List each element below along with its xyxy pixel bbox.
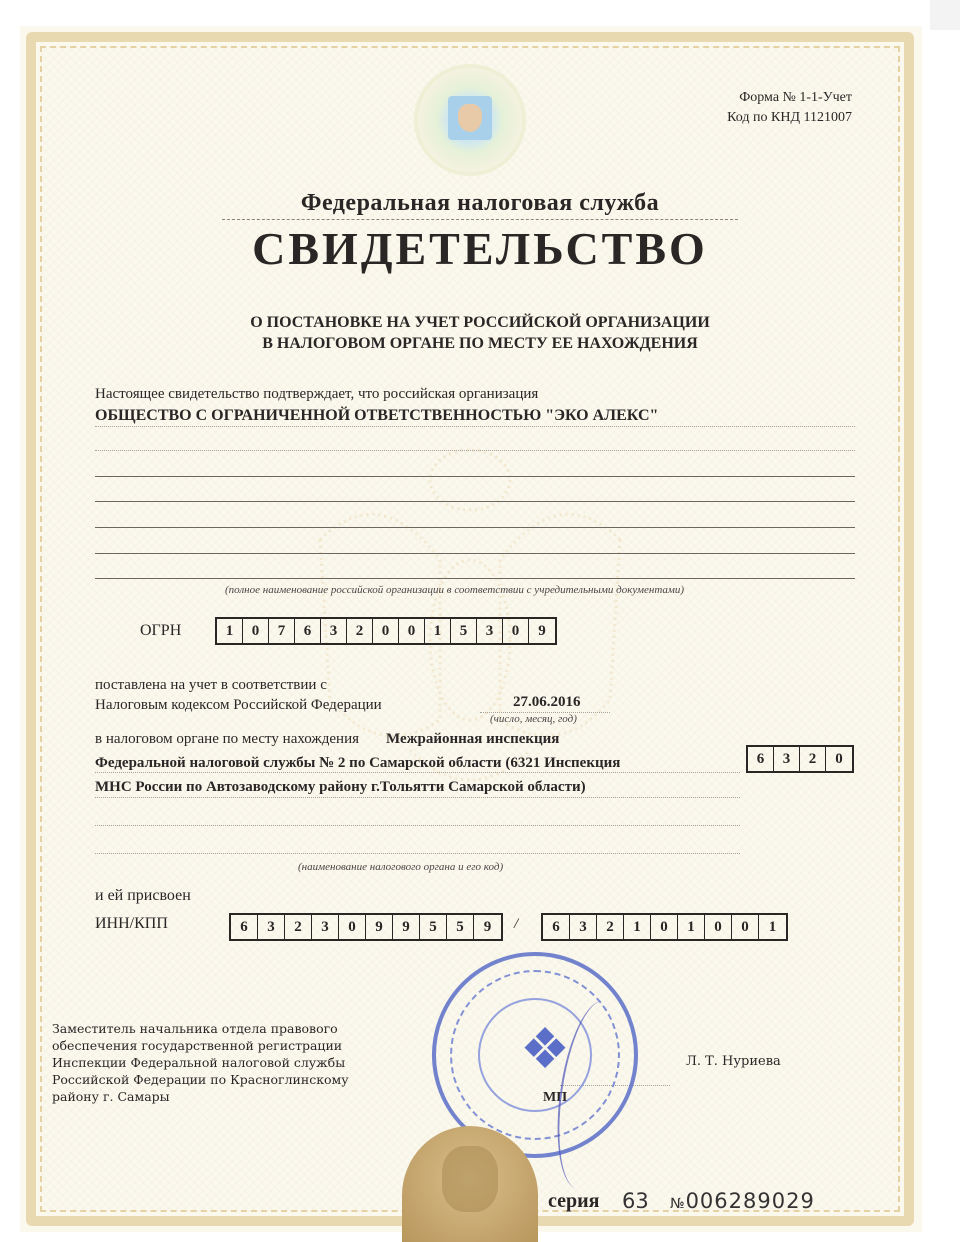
digit-cell: 9	[366, 915, 393, 939]
fill-line	[95, 553, 855, 554]
digit-cell: 1	[759, 915, 786, 939]
authority-line-1: Межрайонная инспекция	[386, 731, 559, 748]
hologram-emblem-icon	[418, 68, 522, 172]
digit-cell: 0	[339, 915, 366, 939]
registration-line-2: Налоговым кодексом Российской Федерации	[95, 697, 382, 714]
digit-cell: 2	[800, 747, 826, 771]
knd-code: Код по КНД 1121007	[727, 108, 852, 128]
subtitle-line-1: О ПОСТАНОВКЕ НА УЧЕТ РОССИЙСКОЙ ОРГАНИЗА…	[0, 312, 960, 333]
digit-cell: 1	[425, 619, 451, 643]
registration-date: 27.06.2016	[513, 694, 581, 711]
digit-cell: 6	[231, 915, 258, 939]
digit-cell: 3	[477, 619, 503, 643]
inn-kpp-label: ИНН/КПП	[95, 915, 168, 933]
authority-line-2: Федеральной налоговой службы № 2 по Сама…	[95, 755, 620, 772]
agency-name: Федеральная налоговая служба	[0, 190, 960, 217]
fill-line	[95, 772, 740, 773]
authority-line-3: МНС России по Автозаводскому району г.То…	[95, 779, 586, 796]
agency-divider	[222, 219, 738, 220]
registration-line-1: поставлена на учет в соответствии с	[95, 677, 327, 694]
authority-intro: в налоговом органе по месту нахождения	[95, 731, 359, 748]
number-sign: №	[670, 1196, 686, 1212]
digit-cell: 7	[269, 619, 295, 643]
inn-kpp-separator: /	[514, 916, 518, 933]
digit-cell: 5	[420, 915, 447, 939]
digit-cell: 3	[258, 915, 285, 939]
fill-line	[95, 501, 855, 502]
fill-line	[95, 476, 855, 477]
digit-cell: 5	[451, 619, 477, 643]
kpp-digit-boxes: 632101001	[541, 913, 788, 941]
series-number: 63	[622, 1189, 649, 1213]
scan-edge	[930, 0, 960, 30]
fill-line	[95, 450, 855, 451]
form-number: Форма № 1-1-Учет Код по КНД 1121007	[727, 88, 852, 128]
document-title: СВИДЕТЕЛЬСТВО	[0, 222, 960, 275]
digit-cell: 5	[447, 915, 474, 939]
digit-cell: 1	[624, 915, 651, 939]
digit-cell: 0	[399, 619, 425, 643]
digit-cell: 6	[543, 915, 570, 939]
fill-line	[95, 527, 855, 528]
organization-name: ОБЩЕСТВО С ОГРАНИЧЕННОЙ ОТВЕТСТВЕННОСТЬЮ…	[95, 407, 658, 425]
digit-cell: 9	[474, 915, 501, 939]
certificate-number: №006289029	[670, 1189, 815, 1213]
digit-cell: 0	[826, 747, 852, 771]
digit-cell: 2	[347, 619, 373, 643]
fill-line	[95, 853, 740, 854]
authority-note: (наименование налогового органа и его ко…	[298, 861, 503, 873]
digit-cell: 0	[243, 619, 269, 643]
series-label: серия	[548, 1190, 599, 1213]
digit-cell: 0	[705, 915, 732, 939]
assigned-intro: и ей присвоен	[95, 887, 191, 905]
digit-cell: 3	[321, 619, 347, 643]
digit-cell: 3	[774, 747, 800, 771]
authority-code-boxes: 6320	[746, 745, 854, 773]
signer-name: Л. Т. Нуриева	[686, 1054, 781, 1069]
digit-cell: 0	[651, 915, 678, 939]
fill-line	[95, 797, 740, 798]
digit-cell: 0	[732, 915, 759, 939]
digit-cell: 3	[570, 915, 597, 939]
certificate-intro: Настоящее свидетельство подтверждает, чт…	[95, 386, 538, 403]
digit-cell: 6	[748, 747, 774, 771]
digit-cell: 1	[217, 619, 243, 643]
digit-cell: 3	[312, 915, 339, 939]
digit-cell: 9	[529, 619, 555, 643]
digit-cell: 9	[393, 915, 420, 939]
digit-cell: 2	[285, 915, 312, 939]
ogrn-digit-boxes: 1076320015309	[215, 617, 557, 645]
form-code: Форма № 1-1-Учет	[727, 88, 852, 108]
digit-cell: 2	[597, 915, 624, 939]
inn-digit-boxes: 6323099559	[229, 913, 503, 941]
organization-name-note: (полное наименование российской организа…	[225, 584, 684, 596]
fill-line	[95, 578, 855, 579]
ogrn-label: ОГРН	[140, 622, 181, 640]
document-subtitle: О ПОСТАНОВКЕ НА УЧЕТ РОССИЙСКОЙ ОРГАНИЗА…	[0, 312, 960, 354]
digit-cell: 1	[678, 915, 705, 939]
digit-cell: 0	[503, 619, 529, 643]
signer-position: Заместитель начальника отдела правового …	[52, 1020, 382, 1105]
number-value: 006289029	[686, 1189, 815, 1213]
date-note: (число, месяц, год)	[490, 713, 577, 725]
digit-cell: 0	[373, 619, 399, 643]
fill-line	[95, 825, 740, 826]
fill-line	[95, 426, 855, 427]
digit-cell: 6	[295, 619, 321, 643]
subtitle-line-2: В НАЛОГОВОМ ОРГАНЕ ПО МЕСТУ ЕЕ НАХОЖДЕНИ…	[0, 333, 960, 354]
